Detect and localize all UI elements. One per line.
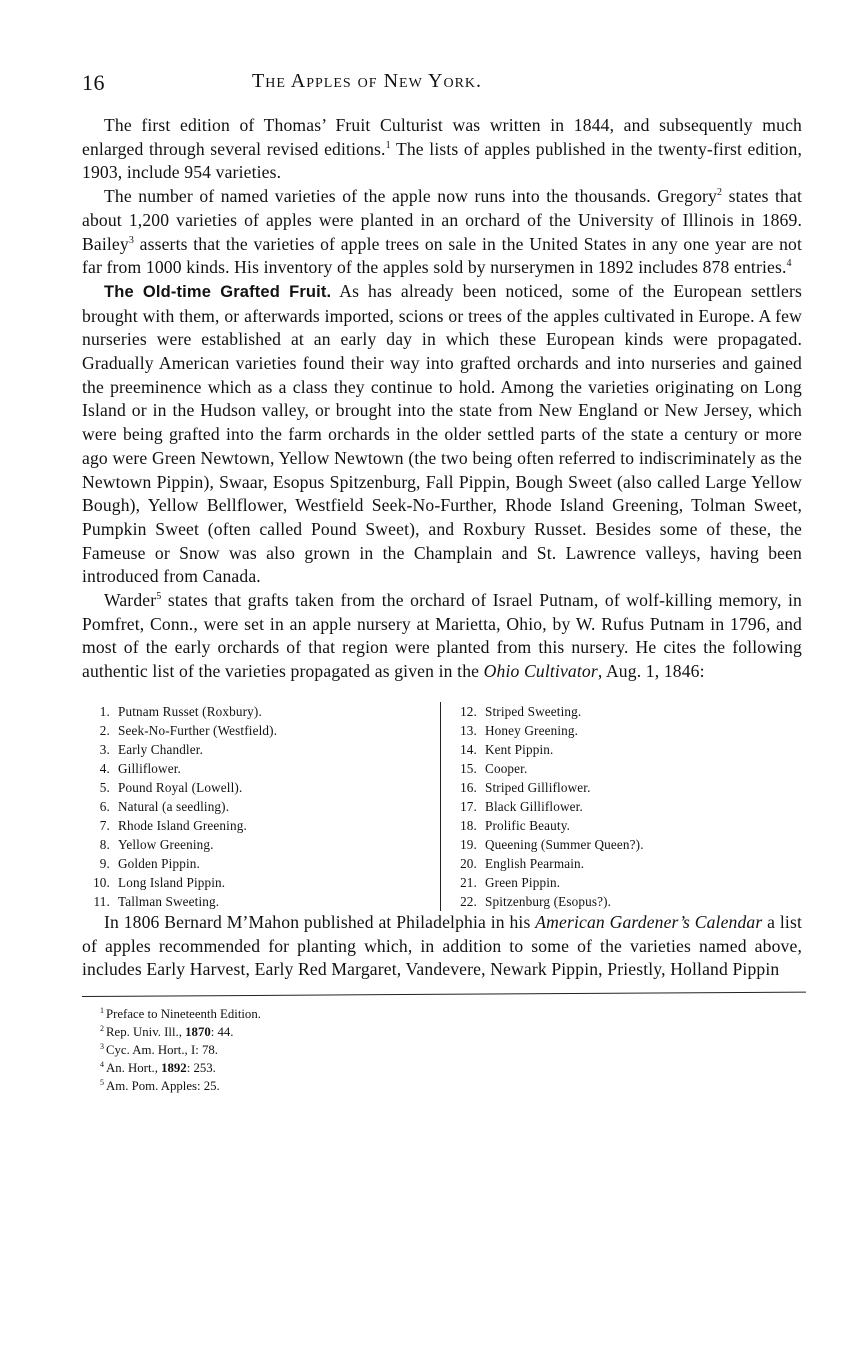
list-item: 1.Putnam Russet (Roxbury).	[88, 702, 440, 721]
paragraph-number-of-varieties: The number of named varieties of the app…	[82, 185, 802, 280]
list-item: 16.Striped Gilliflower.	[457, 778, 644, 797]
footnote-mark: 4	[100, 1060, 104, 1069]
variety-list: 1.Putnam Russet (Roxbury). 2.Seek-No-Fur…	[88, 702, 802, 911]
list-item: 19.Queening (Summer Queen?).	[457, 835, 644, 854]
footnote-2: 2Rep. Univ. Ill., 1870: 44.	[100, 1023, 802, 1041]
item-name: Natural (a seedling).	[118, 797, 229, 816]
list-item: 22.Spitzenburg (Esopus?).	[457, 892, 644, 911]
footnote-1: 1Preface to Nineteenth Edition.	[100, 1005, 802, 1023]
list-item: 2.Seek-No-Further (Westfield).	[88, 721, 440, 740]
list-item: 13.Honey Greening.	[457, 721, 644, 740]
item-number: 9.	[88, 854, 110, 873]
footnote-4: 4An. Hort., 1892: 253.	[100, 1059, 802, 1077]
list-item: 4.Gilliflower.	[88, 759, 440, 778]
footnotes: 1Preface to Nineteenth Edition. 2Rep. Un…	[100, 1005, 802, 1095]
item-number: 15.	[457, 759, 477, 778]
list-item: 8.Yellow Greening.	[88, 835, 440, 854]
item-name: Gilliflower.	[118, 759, 181, 778]
variety-list-right-column: 12.Striped Sweeting. 13.Honey Greening. …	[440, 702, 644, 911]
list-item: 15.Cooper.	[457, 759, 644, 778]
footnote-mark: 5	[100, 1078, 104, 1087]
footnote-text: Am. Pom. Apples: 25.	[106, 1079, 220, 1093]
item-name: Green Pippin.	[485, 873, 560, 892]
item-number: 21.	[457, 873, 477, 892]
running-title: The Apples of New York.	[252, 70, 482, 93]
list-item: 9.Golden Pippin.	[88, 854, 440, 873]
item-number: 19.	[457, 835, 477, 854]
item-name: Queening (Summer Queen?).	[485, 835, 644, 854]
item-name: Striped Gilliflower.	[485, 778, 591, 797]
variety-list-left-column: 1.Putnam Russet (Roxbury). 2.Seek-No-Fur…	[88, 702, 440, 911]
item-number: 3.	[88, 740, 110, 759]
footnote-mark: 3	[100, 1042, 104, 1051]
item-name: Putnam Russet (Roxbury).	[118, 702, 262, 721]
item-number: 14.	[457, 740, 477, 759]
item-number: 18.	[457, 816, 477, 835]
publication-title: Ohio Cultivator	[484, 661, 598, 681]
list-item: 12.Striped Sweeting.	[457, 702, 644, 721]
paragraph-thomas-fruit-culturist: The first edition of Thomas’ Fruit Cultu…	[82, 114, 802, 185]
body-text: The first edition of Thomas’ Fruit Cultu…	[82, 114, 802, 982]
running-head: 16 The Apples of New York.	[82, 70, 802, 104]
item-number: 11.	[88, 892, 110, 911]
footnote-text: Cyc. Am. Hort., I: 78.	[106, 1043, 218, 1057]
book-page: 16 The Apples of New York. The first edi…	[82, 70, 802, 1095]
item-name: Long Island Pippin.	[118, 873, 225, 892]
paragraph-text: The number of named varieties of the app…	[104, 186, 717, 206]
item-number: 2.	[88, 721, 110, 740]
footnote-3: 3Cyc. Am. Hort., I: 78.	[100, 1041, 802, 1059]
item-number: 22.	[457, 892, 477, 911]
list-item: 17.Black Gilliflower.	[457, 797, 644, 816]
paragraph-text: As has already been noticed, some of the…	[82, 281, 802, 586]
paragraph-text: , Aug. 1, 1846:	[598, 661, 705, 681]
footnote-year: 1870	[185, 1025, 211, 1039]
footnote-page: : 253.	[187, 1061, 216, 1075]
item-name: English Pearmain.	[485, 854, 584, 873]
section-sidehead: The Old-time Grafted Fruit.	[104, 283, 331, 301]
item-number: 8.	[88, 835, 110, 854]
item-name: Striped Sweeting.	[485, 702, 581, 721]
list-item: 21.Green Pippin.	[457, 873, 644, 892]
item-name: Golden Pippin.	[118, 854, 200, 873]
list-item: 7.Rhode Island Greening.	[88, 816, 440, 835]
item-number: 10.	[88, 873, 110, 892]
item-name: Cooper.	[485, 759, 527, 778]
footnote-page: : 44.	[211, 1025, 234, 1039]
item-name: Spitzenburg (Esopus?).	[485, 892, 611, 911]
item-name: Yellow Greening.	[118, 835, 214, 854]
item-number: 16.	[457, 778, 477, 797]
item-name: Tallman Sweeting.	[118, 892, 219, 911]
item-number: 1.	[88, 702, 110, 721]
item-number: 4.	[88, 759, 110, 778]
item-number: 17.	[457, 797, 477, 816]
item-number: 7.	[88, 816, 110, 835]
item-number: 12.	[457, 702, 477, 721]
paragraph-text: Warder	[104, 590, 156, 610]
item-name: Seek-No-Further (Westfield).	[118, 721, 277, 740]
page-number: 16	[82, 70, 105, 96]
paragraph-text: In 1806 Bernard M’Mahon published at Phi…	[104, 912, 535, 932]
list-item: 10.Long Island Pippin.	[88, 873, 440, 892]
footnote-text: An. Hort.,	[106, 1061, 161, 1075]
list-item: 18.Prolific Beauty.	[457, 816, 644, 835]
paragraph-warder: Warder5 states that grafts taken from th…	[82, 589, 802, 684]
footnote-year: 1892	[161, 1061, 187, 1075]
item-number: 6.	[88, 797, 110, 816]
item-name: Kent Pippin.	[485, 740, 553, 759]
footnote-mark: 1	[100, 1006, 104, 1015]
footnote-ref[interactable]: 4	[787, 258, 792, 269]
paragraph-text: asserts that the varieties of apple tree…	[82, 234, 802, 278]
footnote-mark: 2	[100, 1024, 104, 1033]
item-name: Black Gilliflower.	[485, 797, 583, 816]
publication-title: American Gardener’s Calendar	[535, 912, 762, 932]
item-name: Pound Royal (Lowell).	[118, 778, 242, 797]
list-item: 6.Natural (a seedling).	[88, 797, 440, 816]
item-name: Rhode Island Greening.	[118, 816, 247, 835]
list-item: 3.Early Chandler.	[88, 740, 440, 759]
item-number: 20.	[457, 854, 477, 873]
paragraph-old-time-grafted-fruit: The Old-time Grafted Fruit. As has alrea…	[82, 280, 802, 589]
item-name: Honey Greening.	[485, 721, 578, 740]
footnote-5: 5Am. Pom. Apples: 25.	[100, 1077, 802, 1095]
item-number: 5.	[88, 778, 110, 797]
list-item: 14.Kent Pippin.	[457, 740, 644, 759]
footnote-text: Preface to Nineteenth Edition.	[106, 1007, 261, 1021]
footnote-text: Rep. Univ. Ill.,	[106, 1025, 185, 1039]
list-item: 11.Tallman Sweeting.	[88, 892, 440, 911]
footnote-divider	[82, 992, 806, 997]
item-number: 13.	[457, 721, 477, 740]
list-item: 20.English Pearmain.	[457, 854, 644, 873]
list-item: 5.Pound Royal (Lowell).	[88, 778, 440, 797]
item-name: Prolific Beauty.	[485, 816, 570, 835]
paragraph-mmahon: In 1806 Bernard M’Mahon published at Phi…	[82, 911, 802, 982]
item-name: Early Chandler.	[118, 740, 203, 759]
